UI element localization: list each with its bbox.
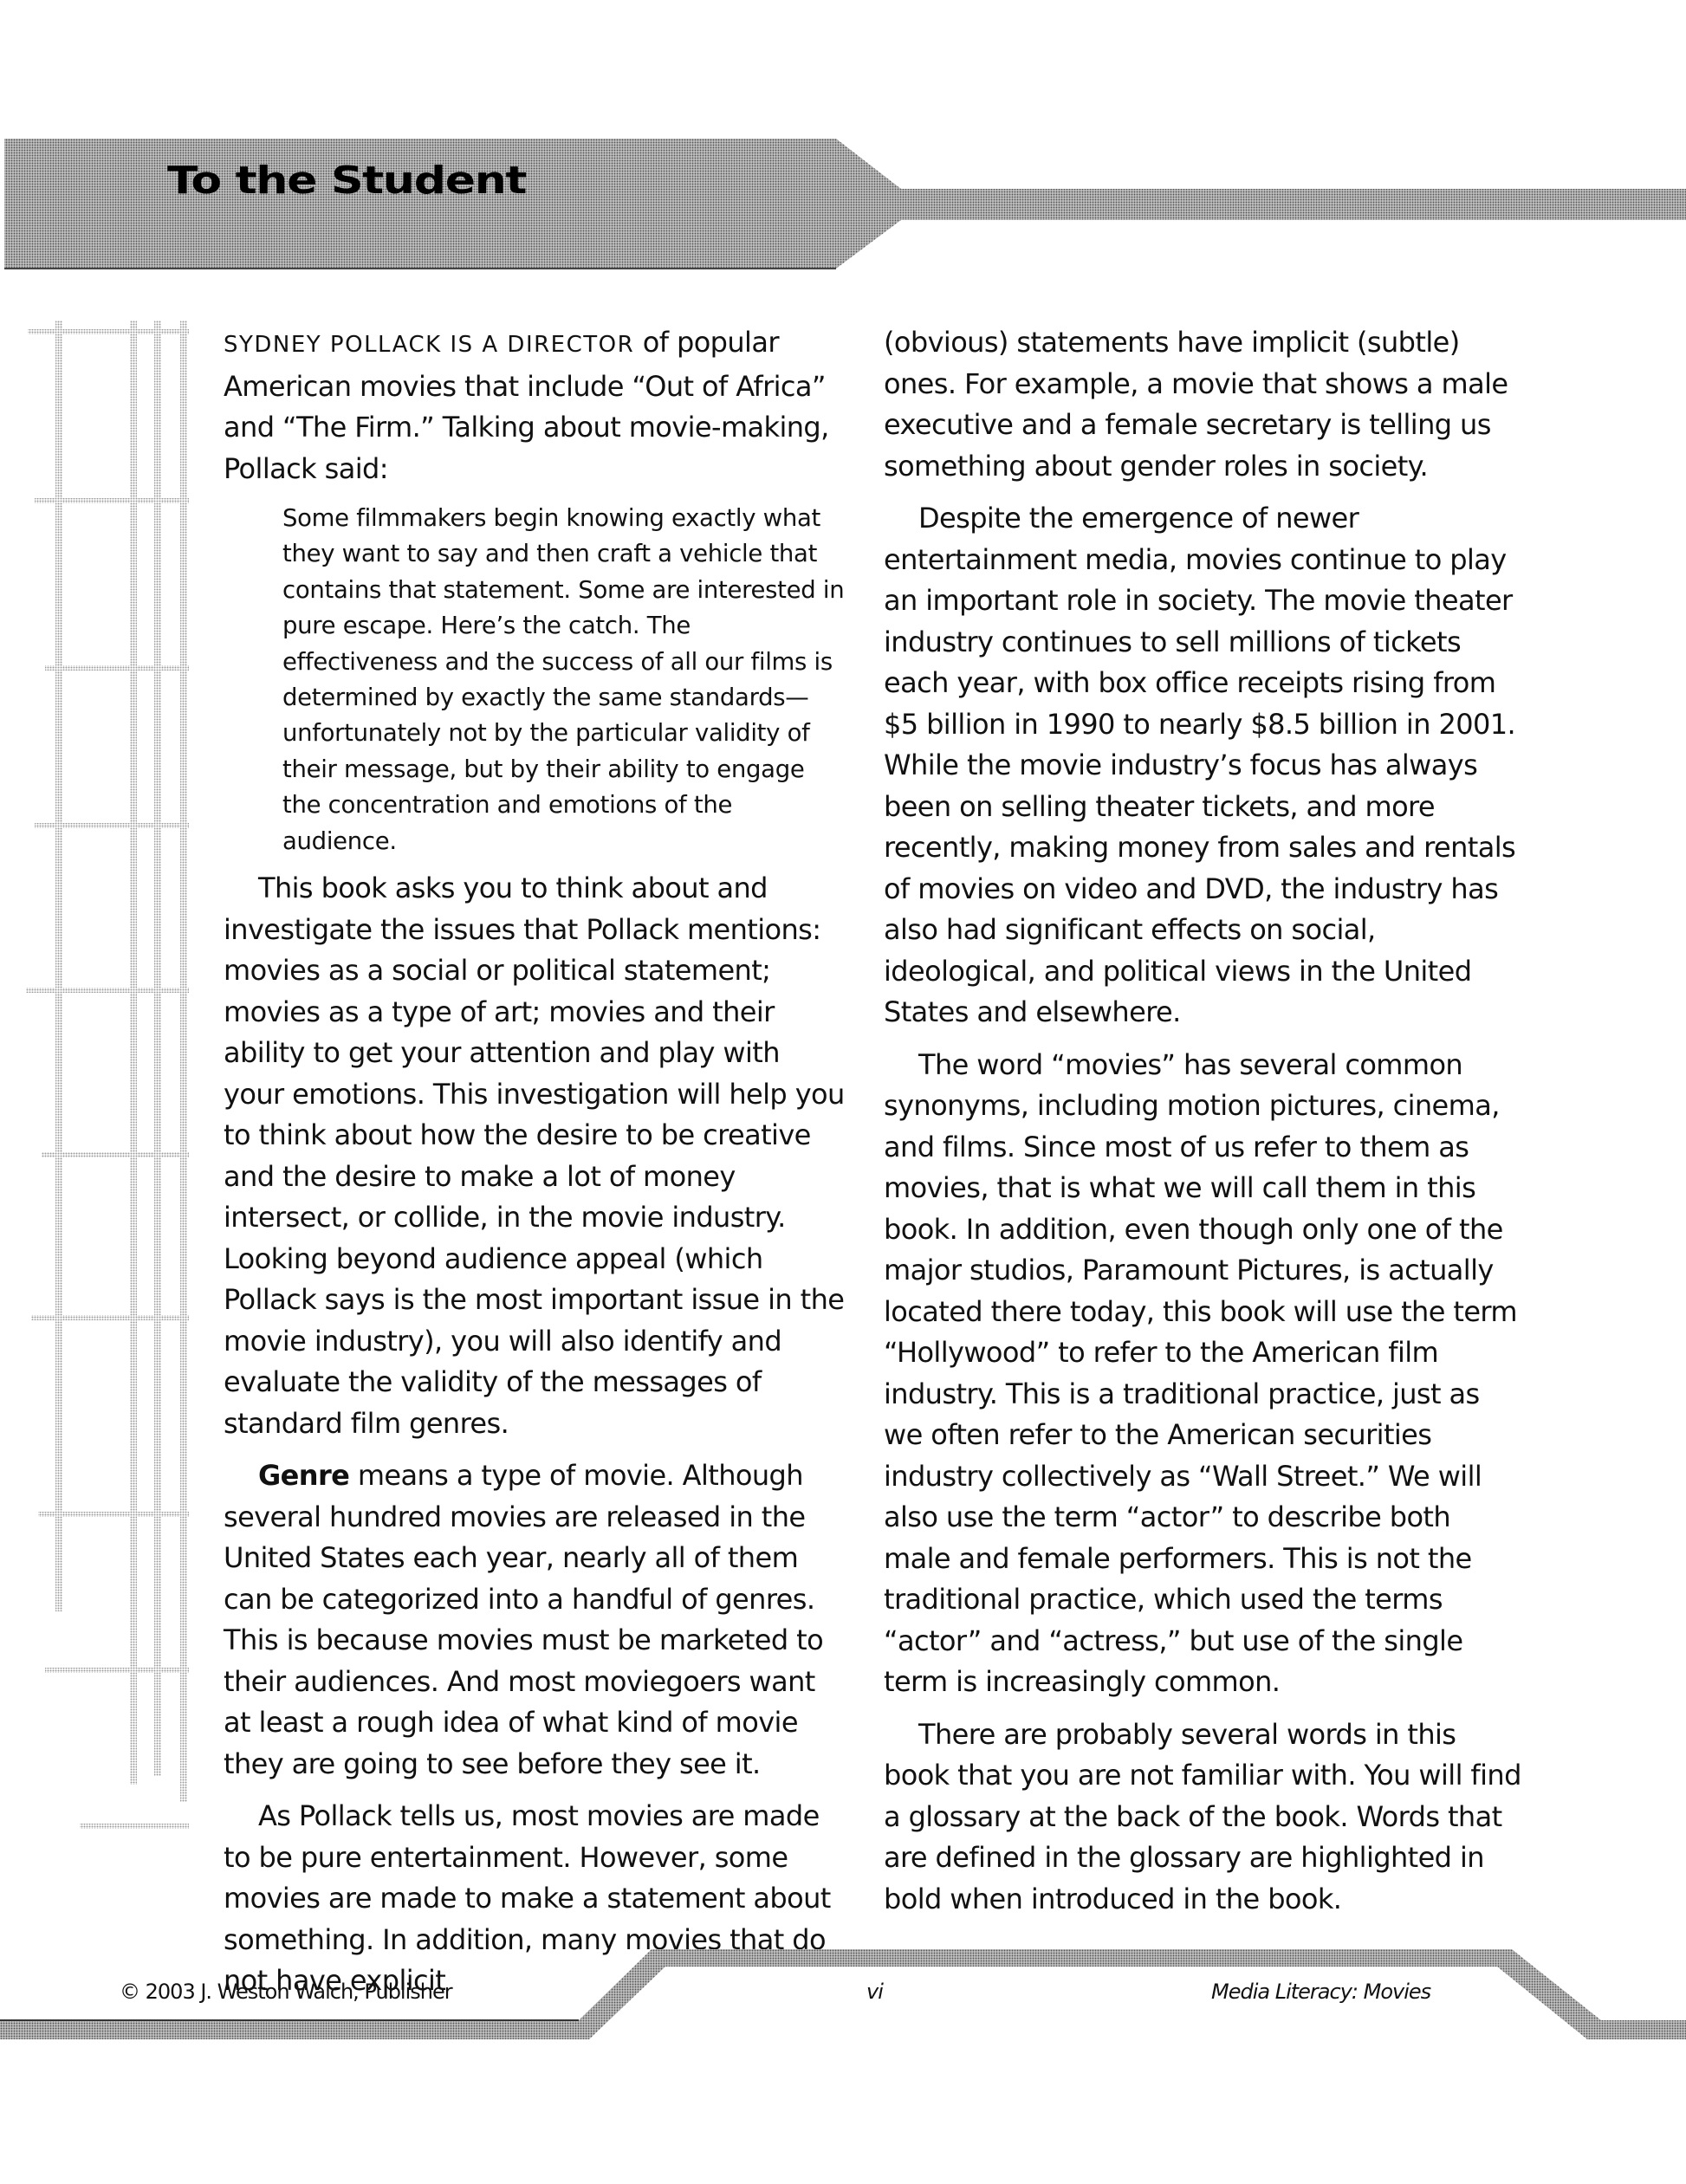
decorative-side-grid (0, 321, 199, 1923)
intro-paragraph: SYDNEY POLLACK IS A DIRECTOR of popular … (224, 322, 847, 489)
paragraph: The word “movies” has several common syn… (884, 1045, 1525, 1703)
page-title: To the Student (167, 159, 526, 203)
left-column: SYDNEY POLLACK IS A DIRECTOR of popular … (224, 322, 847, 2013)
paragraph-genre: Genre means a type of movie. Although se… (224, 1455, 847, 1785)
paragraph: There are probably several words in this… (884, 1714, 1525, 1921)
page-number: vi (866, 1980, 883, 2004)
right-column: (obvious) statements have implicit (subt… (884, 322, 1525, 1931)
lead-caps: SYDNEY POLLACK IS A DIRECTOR (224, 332, 634, 358)
block-quote: Some filmmakers begin knowing exactly wh… (282, 501, 847, 859)
paragraph: (obvious) statements have implicit (subt… (884, 322, 1525, 487)
footer-copyright: © 2003 J. Weston Walch, Publisher (120, 1980, 452, 2004)
paragraph: Despite the emergence of newer entertain… (884, 498, 1525, 1034)
glossary-term: Genre (258, 1459, 349, 1492)
paragraph-text: means a type of movie. Although several … (224, 1459, 823, 1780)
paragraph: This book asks you to think about and in… (224, 868, 847, 1444)
footer-book-title: Media Literacy: Movies (1211, 1980, 1430, 2004)
footer-band-shape (0, 1949, 1686, 2071)
footer-band (0, 1949, 1686, 2071)
